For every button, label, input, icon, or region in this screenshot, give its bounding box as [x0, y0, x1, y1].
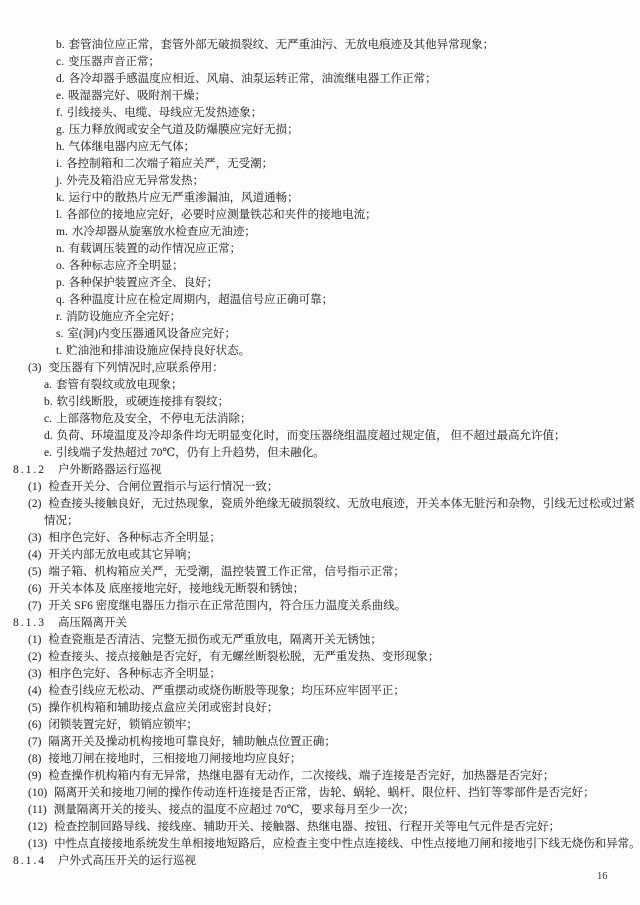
item-marker: (5): [28, 564, 41, 581]
item-text: 户外式高压开关的运行巡视: [58, 855, 196, 867]
doc-line: n.有载调压装置的动作情况应正常；: [0, 241, 640, 258]
doc-line: a.套管有裂纹或放电现象；: [0, 377, 640, 394]
doc-line: t.贮油池和排油设施应保持良好状态。: [0, 343, 640, 360]
item-text: 室(洞)内变压器通风设备应完好；: [67, 328, 236, 340]
doc-line: (3)相序色完好、各种标志齐全明显；: [0, 530, 640, 547]
item-text: 各种保护装置应齐全、良好；: [69, 277, 219, 289]
item-text: 检查引线应无松动、严重摆动或烧伤断股等现象；均压环应牢固平正；: [48, 685, 405, 697]
item-text: 端子箱、机构箱应关严，无受潮，温控装置工作正常，信号指示正常；: [48, 566, 405, 578]
item-marker: (3): [28, 360, 41, 377]
item-text: 开关本体及 底座接地完好，接地线无断裂和锈蚀；: [48, 583, 304, 595]
item-marker: (10): [28, 785, 47, 802]
item-marker: k.: [56, 190, 65, 207]
doc-line: (3)相序色完好、各种标志齐全明显；: [0, 666, 640, 683]
doc-line: m.水冷却器从旋塞放水检查应无油迹；: [0, 224, 640, 241]
item-text: 情况；: [44, 515, 79, 527]
item-text: 检查瓷瓶是否清洁、完整无损伤或无严重放电，隔离开关无锈蚀；: [48, 634, 382, 646]
item-marker: (5): [28, 700, 41, 717]
item-marker: e.: [44, 445, 52, 462]
document-page: b.套管油位应正常，套管外部无破损裂纹、无严重油污、无放电痕迹及其他异常现象； …: [0, 0, 640, 905]
item-text: 软引线断股，或硬连接排有裂纹；: [57, 396, 230, 408]
item-marker: s.: [56, 326, 63, 343]
item-text: 气体继电器内应无气体；: [69, 141, 196, 153]
document-body: b.套管油位应正常，套管外部无破损裂纹、无严重油污、无放电痕迹及其他异常现象； …: [0, 37, 640, 870]
item-marker: c.: [44, 411, 52, 428]
doc-line: l.各部位的接地应完好，必要时应测量铁芯和夹件的接地电流；: [0, 207, 640, 224]
item-marker: q.: [56, 292, 65, 309]
item-marker: 8.1.2: [13, 462, 46, 479]
item-marker: a.: [44, 377, 52, 394]
item-text: 上部落物危及安全，不停电无法消除；: [56, 413, 252, 425]
item-text: 吸湿器完好、吸附剂干燥；: [68, 90, 206, 102]
doc-line: (2)检查接头、接点接触是否完好，有无螺丝断裂松脱，无严重发热、变形现象；: [0, 649, 640, 666]
item-text: 检查开关分、合闸位置指示与运行情况一致；: [48, 481, 278, 493]
page-number: 16: [597, 871, 608, 882]
item-text: 闭锁装置完好，锁销应锁牢；: [48, 719, 198, 731]
item-text: 各控制箱和二次端子箱应关严，无受潮；: [66, 158, 273, 170]
item-text: 运行中的散热片应无严重渗漏油，风道通畅；: [69, 192, 299, 204]
item-text: 贮油池和排油设施应保持良好状态。: [66, 345, 250, 357]
item-text: 检查控制回路导线、接线座、辅助开关、接触器、热继电器、按钮、行程开关等电气元件是…: [54, 821, 560, 833]
doc-line: 8.1.4户外式高压开关的运行巡视: [0, 853, 640, 870]
item-marker: 8.1.3: [13, 615, 46, 632]
item-text: 各种标志应齐全明显；: [69, 260, 184, 272]
item-text: 压力释放阀或安全气道及防爆膜应完好无损；: [69, 124, 299, 136]
item-marker: (1): [28, 479, 41, 496]
doc-line: q.各种温度计应在检定周期内，超温信号应正确可靠；: [0, 292, 640, 309]
item-text: 变压器有下列情况时,应联系停用：: [48, 362, 223, 374]
item-text: 高压隔离开关: [58, 617, 127, 629]
item-text: 接地刀闸在接地时，三相接地刀闸接地均应良好；: [48, 753, 301, 765]
item-text: 有载调压装置的动作情况应正常；: [69, 243, 242, 255]
doc-line: d.负荷、环境温度及冷却条件均无明显变化时，而变压器绕组温度超过规定值， 但不超…: [0, 428, 640, 445]
doc-line: (12)检查控制回路导线、接线座、辅助开关、接触器、热继电器、按钮、行程开关等电…: [0, 819, 640, 836]
item-marker: h.: [56, 139, 65, 156]
item-text: 检查操作机构箱内有无异常，热继电器有无动作，二次接线、端子连接是否完好，加热器是…: [48, 770, 554, 782]
item-marker: b.: [56, 37, 65, 54]
item-marker: c.: [56, 54, 64, 71]
item-text: 各冷却器手感温度应相近、风扇、油泵运转正常，油流继电器工作正常；: [69, 73, 437, 85]
item-marker: n.: [56, 241, 65, 258]
doc-line: (4)开关内部无放电或其它异响；: [0, 547, 640, 564]
doc-line: (2)检查接头接触良好，无过热现象，瓷质外绝缘无破损裂纹、无放电痕迹，开关本体无…: [0, 496, 640, 513]
doc-line: j.外壳及箱沿应无异常发热；: [0, 173, 640, 190]
item-text: 开关内部无放电或其它异响；: [48, 549, 198, 561]
doc-line: p.各种保护装置应齐全、良好；: [0, 275, 640, 292]
doc-line: b.软引线断股，或硬连接排有裂纹；: [0, 394, 640, 411]
item-marker: (9): [28, 768, 41, 785]
item-marker: o.: [56, 258, 65, 275]
item-marker: i.: [56, 156, 62, 173]
item-marker: (7): [28, 598, 41, 615]
item-marker: l.: [56, 207, 62, 224]
doc-line: (5)操作机构箱和辅助接点盒应关闭或密封良好；: [0, 700, 640, 717]
doc-line: f.引线接头、电缆、母线应无发热迹象；: [0, 105, 640, 122]
item-marker: d.: [56, 71, 65, 88]
item-marker: e.: [56, 88, 64, 105]
item-text: 变压器声音正常；: [68, 56, 160, 68]
item-marker: (1): [28, 632, 41, 649]
doc-line: (4)检查引线应无松动、严重摆动或烧伤断股等现象；均压环应牢固平正；: [0, 683, 640, 700]
doc-line: (8)接地刀闸在接地时，三相接地刀闸接地均应良好；: [0, 751, 640, 768]
item-text: 引线端子发热超过 70℃，仍有上升趋势，但未融化。: [56, 447, 325, 459]
item-text: 隔离开关及操动机构接地可靠良好，辅助触点位置正确；: [48, 736, 336, 748]
doc-line: c.上部落物危及安全，不停电无法消除；: [0, 411, 640, 428]
doc-line: r.消防设施应齐全完好；: [0, 309, 640, 326]
item-marker: (7): [28, 734, 41, 751]
doc-line: (9)检查操作机构箱内有无异常，热继电器有无动作，二次接线、端子连接是否完好，加…: [0, 768, 640, 785]
item-text: 中性点直接接地系统发生单相接地短路后，应检查主变中性点连接线、中性点接地刀闸和接…: [54, 838, 640, 850]
item-marker: (8): [28, 751, 41, 768]
item-text: 相序色完好、各种标志齐全明显；: [48, 532, 221, 544]
item-marker: (2): [28, 496, 41, 513]
item-text: 户外断路器运行巡视: [58, 464, 162, 476]
item-text: 隔离开关和接地刀闸的操作传动连杆连接是否正常，齿轮、蜗轮、蜗杆、限位杆、挡钉等零…: [54, 787, 595, 799]
item-marker: (6): [28, 581, 41, 598]
doc-line: (3)变压器有下列情况时,应联系停用：: [0, 360, 640, 377]
doc-line: (7)开关 SF6 密度继电器压力指示在正常范围内，符合压力温度关系曲线。: [0, 598, 640, 615]
doc-line: (10)隔离开关和接地刀闸的操作传动连杆连接是否正常，齿轮、蜗轮、蜗杆、限位杆、…: [0, 785, 640, 802]
doc-line: e.吸湿器完好、吸附剂干燥；: [0, 88, 640, 105]
item-text: 各部位的接地应完好，必要时应测量铁芯和夹件的接地电流；: [66, 209, 377, 221]
item-marker: f.: [56, 105, 63, 122]
item-marker: (13): [28, 836, 47, 853]
doc-line: (1)检查开关分、合闸位置指示与运行情况一致；: [0, 479, 640, 496]
doc-line: g.压力释放阀或安全气道及防爆膜应完好无损；: [0, 122, 640, 139]
doc-line: 8.1.3高压隔离开关: [0, 615, 640, 632]
item-marker: (2): [28, 649, 41, 666]
doc-line: 情况；: [0, 513, 640, 530]
item-marker: g.: [56, 122, 65, 139]
item-marker: m.: [56, 224, 68, 241]
doc-line: (6)开关本体及 底座接地完好，接地线无断裂和锈蚀；: [0, 581, 640, 598]
item-marker: d.: [44, 428, 53, 445]
item-marker: (11): [28, 802, 47, 819]
item-text: 外壳及箱沿应无异常发热；: [66, 175, 204, 187]
item-text: 检查接头、接点接触是否完好，有无螺丝断裂松脱，无严重发热、变形现象；: [48, 651, 439, 663]
item-marker: b.: [44, 394, 53, 411]
item-text: 相序色完好、各种标志齐全明显；: [48, 668, 221, 680]
doc-line: (6)闭锁装置完好，锁销应锁牢；: [0, 717, 640, 734]
doc-line: h.气体继电器内应无气体；: [0, 139, 640, 156]
item-text: 消防设施应齐全完好；: [66, 311, 181, 323]
doc-line: (7)隔离开关及操动机构接地可靠良好，辅助触点位置正确；: [0, 734, 640, 751]
item-text: 引线接头、电缆、母线应无发热迹象；: [67, 107, 263, 119]
doc-line: (1)检查瓷瓶是否清洁、完整无损伤或无严重放电，隔离开关无锈蚀；: [0, 632, 640, 649]
doc-line: b.套管油位应正常，套管外部无破损裂纹、无严重油污、无放电痕迹及其他异常现象；: [0, 37, 640, 54]
item-text: 套管有裂纹或放电现象；: [56, 379, 183, 391]
doc-line: e.引线端子发热超过 70℃，仍有上升趋势，但未融化。: [0, 445, 640, 462]
item-marker: (12): [28, 819, 47, 836]
item-text: 负荷、环境温度及冷却条件均无明显变化时，而变压器绕组温度超过规定值， 但不超过最…: [57, 430, 566, 442]
doc-line: k.运行中的散热片应无严重渗漏油，风道通畅；: [0, 190, 640, 207]
item-text: 水冷却器从旋塞放水检查应无油迹；: [72, 226, 256, 238]
item-marker: 8.1.4: [13, 853, 46, 870]
item-marker: r.: [56, 309, 62, 326]
doc-line: (13)中性点直接接地系统发生单相接地短路后，应检查主变中性点连接线、中性点接地…: [0, 836, 640, 853]
item-marker: (3): [28, 530, 41, 547]
doc-line: 8.1.2户外断路器运行巡视: [0, 462, 640, 479]
doc-line: i.各控制箱和二次端子箱应关严，无受潮；: [0, 156, 640, 173]
item-marker: (4): [28, 683, 41, 700]
doc-line: d.各冷却器手感温度应相近、风扇、油泵运转正常，油流继电器工作正常；: [0, 71, 640, 88]
item-text: 套管油位应正常，套管外部无破损裂纹、无严重油污、无放电痕迹及其他异常现象；: [69, 39, 495, 51]
doc-line: (5)端子箱、机构箱应关严，无受潮，温控装置工作正常，信号指示正常；: [0, 564, 640, 581]
item-text: 各种温度计应在检定周期内，超温信号应正确可靠；: [69, 294, 334, 306]
item-marker: t.: [56, 343, 62, 360]
item-text: 开关 SF6 密度继电器压力指示在正常范围内，符合压力温度关系曲线。: [48, 600, 406, 612]
doc-line: (11)测量隔离开关的接头、接点的温度不应超过 70℃，要求每月至少一次；: [0, 802, 640, 819]
item-marker: p.: [56, 275, 65, 292]
item-marker: (6): [28, 717, 41, 734]
doc-line: o.各种标志应齐全明显；: [0, 258, 640, 275]
item-marker: (3): [28, 666, 41, 683]
doc-line: c.变压器声音正常；: [0, 54, 640, 71]
item-text: 操作机构箱和辅助接点盒应关闭或密封良好；: [48, 702, 278, 714]
item-marker: (4): [28, 547, 41, 564]
doc-line: s.室(洞)内变压器通风设备应完好；: [0, 326, 640, 343]
item-marker: j.: [56, 173, 62, 190]
item-text: 检查接头接触良好，无过热现象，瓷质外绝缘无破损裂纹、无放电痕迹，开关本体无脏污和…: [48, 498, 635, 510]
item-text: 测量隔离开关的接头、接点的温度不应超过 70℃，要求每月至少一次；: [54, 804, 415, 816]
